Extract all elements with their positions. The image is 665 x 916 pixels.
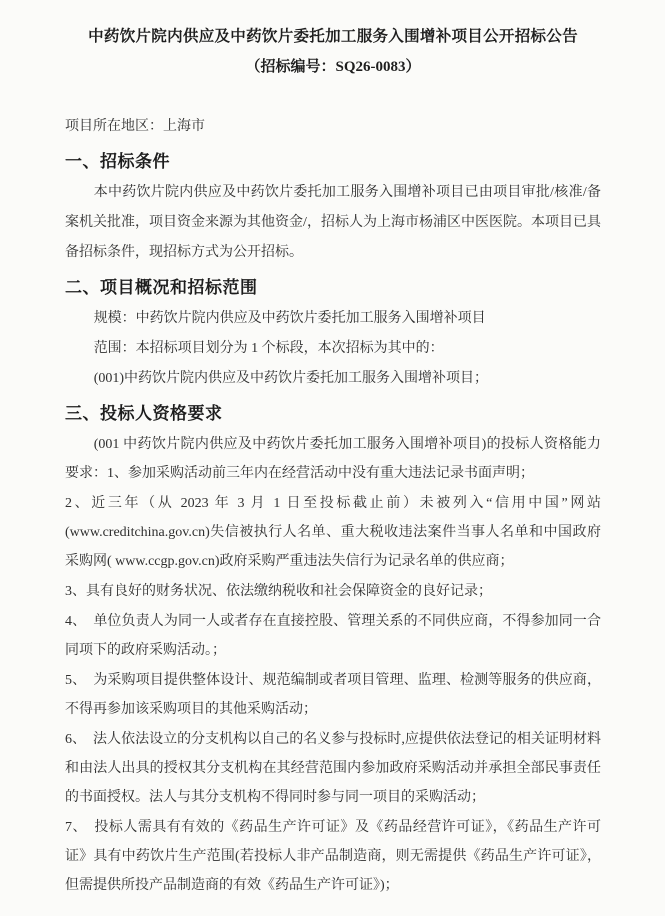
- paragraph-qualification-item-4: 4、 单位负责人为同一人或者存在直接控股、管理关系的不同供应商，不得参加同一合同…: [65, 607, 601, 665]
- project-region-line: 项目所在地区：上海市: [65, 112, 601, 142]
- paragraph-scope: 范围：本招标项目划分为 1 个标段，本次招标为其中的：: [65, 334, 601, 364]
- paragraph-qualification-item-5: 5、 为采购项目提供整体设计、规范编制或者项目管理、监理、检测等服务的供应商，不…: [65, 666, 601, 724]
- paragraph-qualification-item-7: 7、 投标人需具有有效的《药品生产许可证》及《药品经营许可证》，《药品生产许可证…: [65, 813, 601, 900]
- paragraph-lot-001: (001)中药饮片院内供应及中药饮片委托加工服务入围增补项目；: [65, 364, 601, 394]
- section-heading-bid-conditions: 一、招标条件: [65, 146, 601, 178]
- paragraph-scale: 规模：中药饮片院内供应及中药饮片委托加工服务入围增补项目: [65, 304, 601, 334]
- section-heading-bidder-qualifications: 三、投标人资格要求: [65, 398, 601, 430]
- section-heading-project-overview: 二、项目概况和招标范围: [65, 272, 601, 304]
- document-page: 中药饮片院内供应及中药饮片委托加工服务入围增补项目公开招标公告 （招标编号：SQ…: [0, 0, 665, 916]
- paragraph-qualification-item-6: 6、 法人依法设立的分支机构以自己的名义参与投标时,应提供依法登记的相关证明材料…: [65, 725, 601, 812]
- document-title: 中药饮片院内供应及中药饮片委托加工服务入围增补项目公开招标公告: [65, 24, 601, 50]
- paragraph-qualification-item-2: 2、近三年（从 2023 年 3 月 1 日至投标截止前）未被列入“信用中国”网…: [65, 489, 601, 576]
- paragraph-qualification-item-3: 3、具有良好的财务状况、依法缴纳税收和社会保障资金的良好记录；: [65, 577, 601, 606]
- paragraph-bid-conditions: 本中药饮片院内供应及中药饮片委托加工服务入围增补项目已由项目审批/核准/备案机关…: [65, 178, 601, 268]
- paragraph-qualification-intro-item-1: (001 中药饮片院内供应及中药饮片委托加工服务入围增补项目)的投标人资格能力要…: [65, 430, 601, 488]
- bid-number-line: （招标编号：SQ26-0083）: [65, 54, 601, 80]
